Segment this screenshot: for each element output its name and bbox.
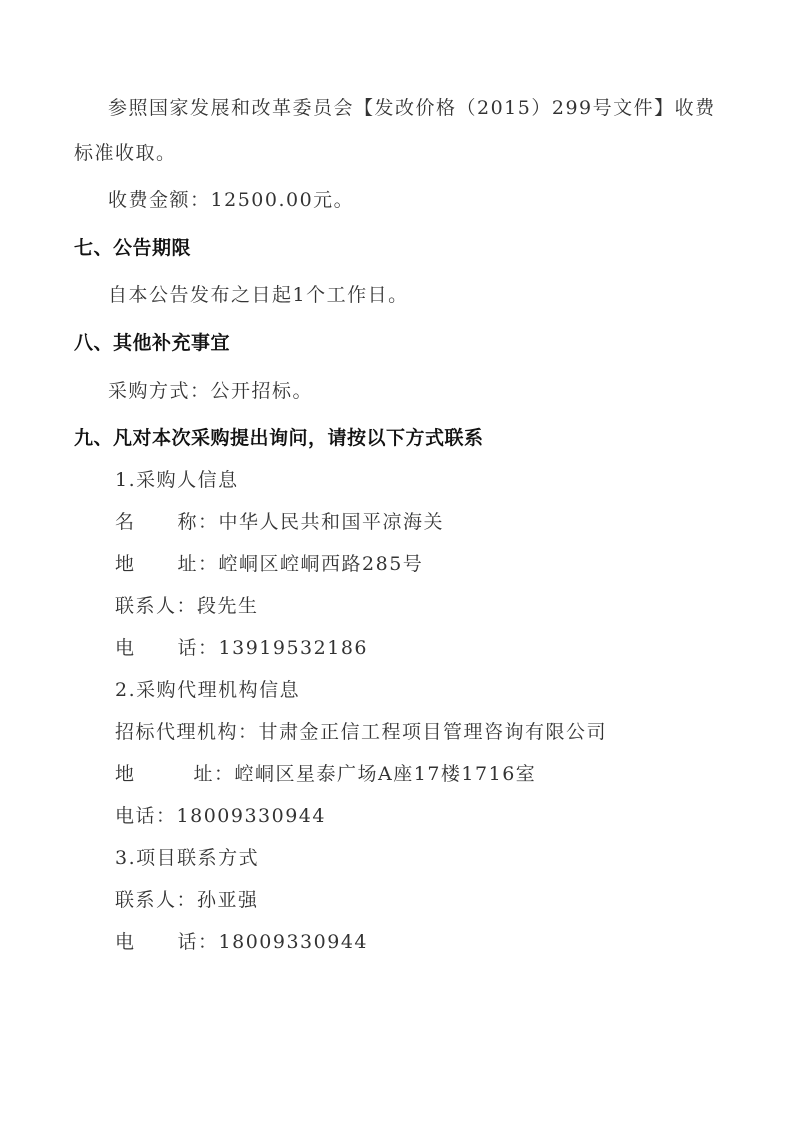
purchaser-phone-label-b: 话：: [178, 637, 219, 659]
purchaser-name-value: 中华人民共和国平凉海关: [219, 511, 445, 533]
fee-basis-line-2: 标准收取。: [74, 141, 177, 165]
purchaser-phone-value: 13919532186: [219, 637, 368, 659]
purchaser-title: 1.采购人信息: [115, 468, 239, 492]
project-phone-label-a: 电: [115, 931, 136, 953]
agency-title: 2.采购代理机构信息: [115, 678, 300, 702]
document-page: 参照国家发展和改革委员会【发改价格（2015）299号文件】收费 标准收取。 收…: [0, 0, 799, 1130]
project-contact-row: 联系人：孙亚强: [115, 888, 259, 912]
project-phone-row: 电话：18009330944: [115, 930, 368, 954]
agency-address-label-b: 址：: [194, 763, 235, 785]
purchaser-address-label-b: 址：: [178, 553, 219, 575]
section-9-heading: 九、凡对本次采购提出询问，请按以下方式联系: [74, 426, 484, 450]
agency-name-row: 招标代理机构：甘肃金正信工程项目管理咨询有限公司: [115, 720, 607, 744]
purchaser-phone-label-a: 电: [115, 637, 136, 659]
agency-name-label: 招标代理机构：: [115, 721, 259, 743]
section-8-text: 采购方式：公开招标。: [108, 379, 313, 403]
purchaser-phone-row: 电话：13919532186: [115, 636, 368, 660]
purchaser-contact-value: 段先生: [197, 595, 259, 617]
project-contact-value: 孙亚强: [197, 889, 259, 911]
agency-phone-value: 18009330944: [177, 805, 326, 827]
purchaser-name-row: 名称：中华人民共和国平凉海关: [115, 510, 444, 534]
fee-amount-value: 12500.00元。: [211, 189, 355, 211]
agency-address-value: 崆峒区星泰广场A座17楼1716室: [235, 763, 537, 785]
purchaser-contact-row: 联系人：段先生: [115, 594, 259, 618]
purchaser-contact-label: 联系人：: [115, 595, 197, 617]
purchaser-address-row: 地址：崆峒区崆峒西路285号: [115, 552, 423, 576]
project-contact-title: 3.项目联系方式: [115, 846, 259, 870]
fee-basis-line-1: 参照国家发展和改革委员会【发改价格（2015）299号文件】收费: [108, 96, 716, 120]
agency-address-row: 地址：崆峒区星泰广场A座17楼1716室: [115, 762, 536, 786]
purchaser-name-label-b: 称：: [178, 511, 219, 533]
agency-phone-row: 电话：18009330944: [115, 804, 326, 828]
project-phone-label-b: 话：: [178, 931, 219, 953]
purchaser-address-value: 崆峒区崆峒西路285号: [219, 553, 424, 575]
section-7-text: 自本公告发布之日起1个工作日。: [108, 283, 409, 307]
section-8-heading: 八、其他补充事宜: [74, 331, 230, 355]
section-7-heading: 七、公告期限: [74, 236, 191, 260]
project-contact-label: 联系人：: [115, 889, 197, 911]
purchaser-name-label-a: 名: [115, 511, 136, 533]
purchaser-address-label-a: 地: [115, 553, 136, 575]
agency-name-value: 甘肃金正信工程项目管理咨询有限公司: [259, 721, 608, 743]
agency-address-label-a: 地: [115, 763, 136, 785]
agency-phone-label: 电话：: [115, 805, 177, 827]
project-phone-value: 18009330944: [219, 931, 368, 953]
fee-amount-label: 收费金额：: [108, 189, 211, 211]
fee-amount: 收费金额：12500.00元。: [108, 188, 354, 212]
